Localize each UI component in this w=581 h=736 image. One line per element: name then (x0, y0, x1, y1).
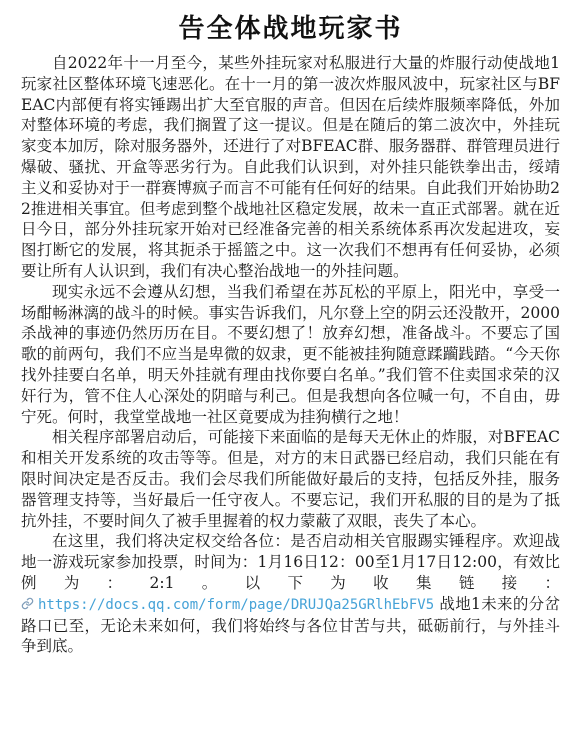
paragraph-reality: 现实永远不会遵从幻想，当我们希望在苏瓦松的平原上，阳光中，享受一场酣畅淋漓的战斗… (21, 282, 560, 428)
paragraph-deployment: 相关程序部署启动后，可能接下来面临的是每天无休止的炸服，对BFEAC和相关开发系… (21, 427, 560, 531)
link-icon (21, 597, 34, 610)
vote-form-link[interactable]: https://docs.qq.com/form/page/DRUJQa25GR… (38, 597, 434, 613)
vote-link-group: https://docs.qq.com/form/page/DRUJQa25GR… (21, 595, 439, 613)
paragraph-vote: 在这里，我们将决定权交给各位：是否启动相关官服踢实锤程序。欢迎战地一游戏玩家参加… (21, 531, 560, 657)
paragraph-history: 自2022年十一月至今，某些外挂玩家对私服进行大量的炸服行动使战地1玩家社区整体… (21, 53, 560, 282)
page-title: 告全体战地玩家书 (21, 8, 560, 45)
document-page: 告全体战地玩家书 自2022年十一月至今，某些外挂玩家对私服进行大量的炸服行动使… (0, 0, 581, 736)
vote-announcement-text: 在这里，我们将决定权交给各位：是否启动相关官服踢实锤程序。欢迎战地一游戏玩家参加… (21, 532, 560, 592)
